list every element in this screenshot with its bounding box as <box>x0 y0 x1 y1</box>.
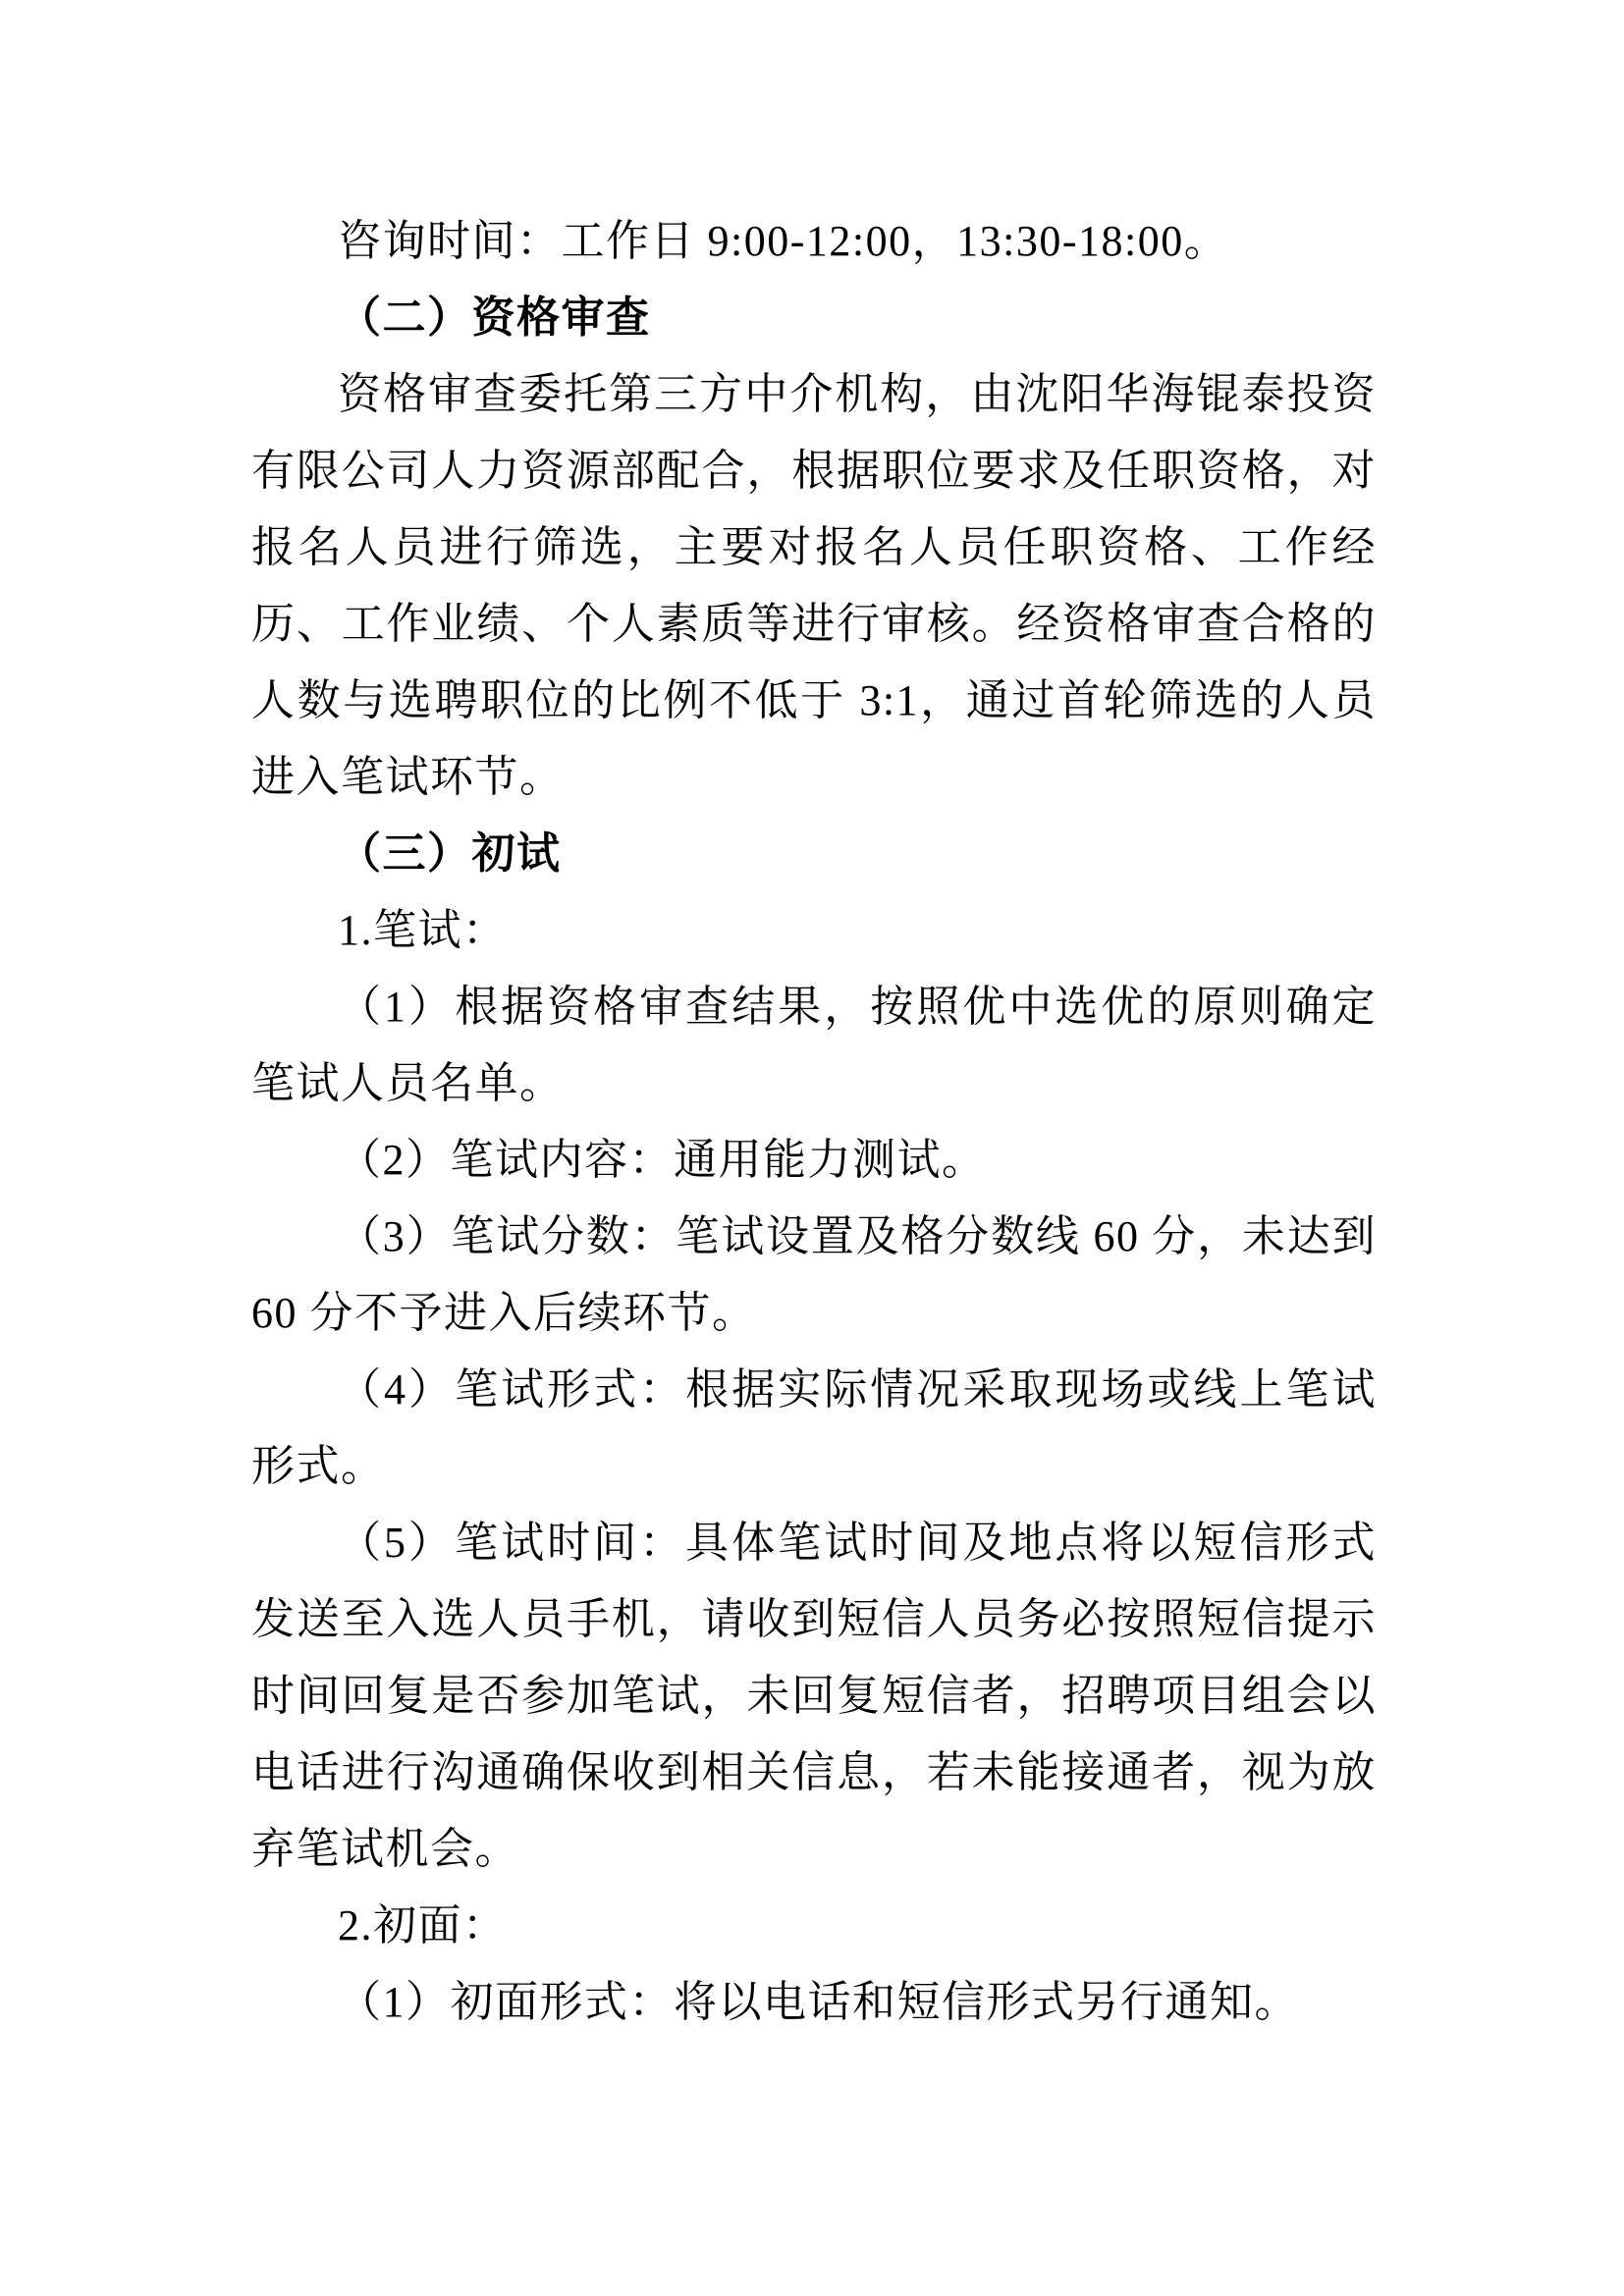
paragraph-written-test-item-2: （2）笔试内容：通用能力测试。 <box>251 1122 1377 1199</box>
paragraph-written-test-item-5: （5）笔试时间：具体笔试时间及地点将以短信形式发送至入选人员手机，请收到短信人员… <box>251 1505 1377 1888</box>
document-body: 咨询时间：工作日 9:00-12:00，13:30-18:00。 （二）资格审查… <box>251 203 1377 2041</box>
paragraph-qualification-review-details: 资格审查委托第三方中介机构，由沈阳华海锟泰投资有限公司人力资源部配合，根据职位要… <box>251 356 1377 816</box>
paragraph-written-test-item-1: （1）根据资格审查结果，按照优中选优的原则确定笔试人员名单。 <box>251 969 1377 1122</box>
paragraph-first-interview-label: 2.初面： <box>251 1888 1377 1964</box>
document-page: 咨询时间：工作日 9:00-12:00，13:30-18:00。 （二）资格审查… <box>0 0 1624 2296</box>
paragraph-written-test-item-3: （3）笔试分数：笔试设置及格分数线 60 分，未达到 60 分不予进入后续环节。 <box>251 1199 1377 1352</box>
paragraph-consultation-time: 咨询时间：工作日 9:00-12:00，13:30-18:00。 <box>251 203 1377 280</box>
heading-section-3-first-round: （三）初试 <box>251 816 1377 892</box>
paragraph-written-test-label: 1.笔试： <box>251 892 1377 969</box>
heading-section-2-qualification-review: （二）资格审查 <box>251 280 1377 356</box>
paragraph-first-interview-item-1: （1）初面形式：将以电话和短信形式另行通知。 <box>251 1964 1377 2041</box>
paragraph-written-test-item-4: （4）笔试形式：根据实际情况采取现场或线上笔试形式。 <box>251 1352 1377 1505</box>
